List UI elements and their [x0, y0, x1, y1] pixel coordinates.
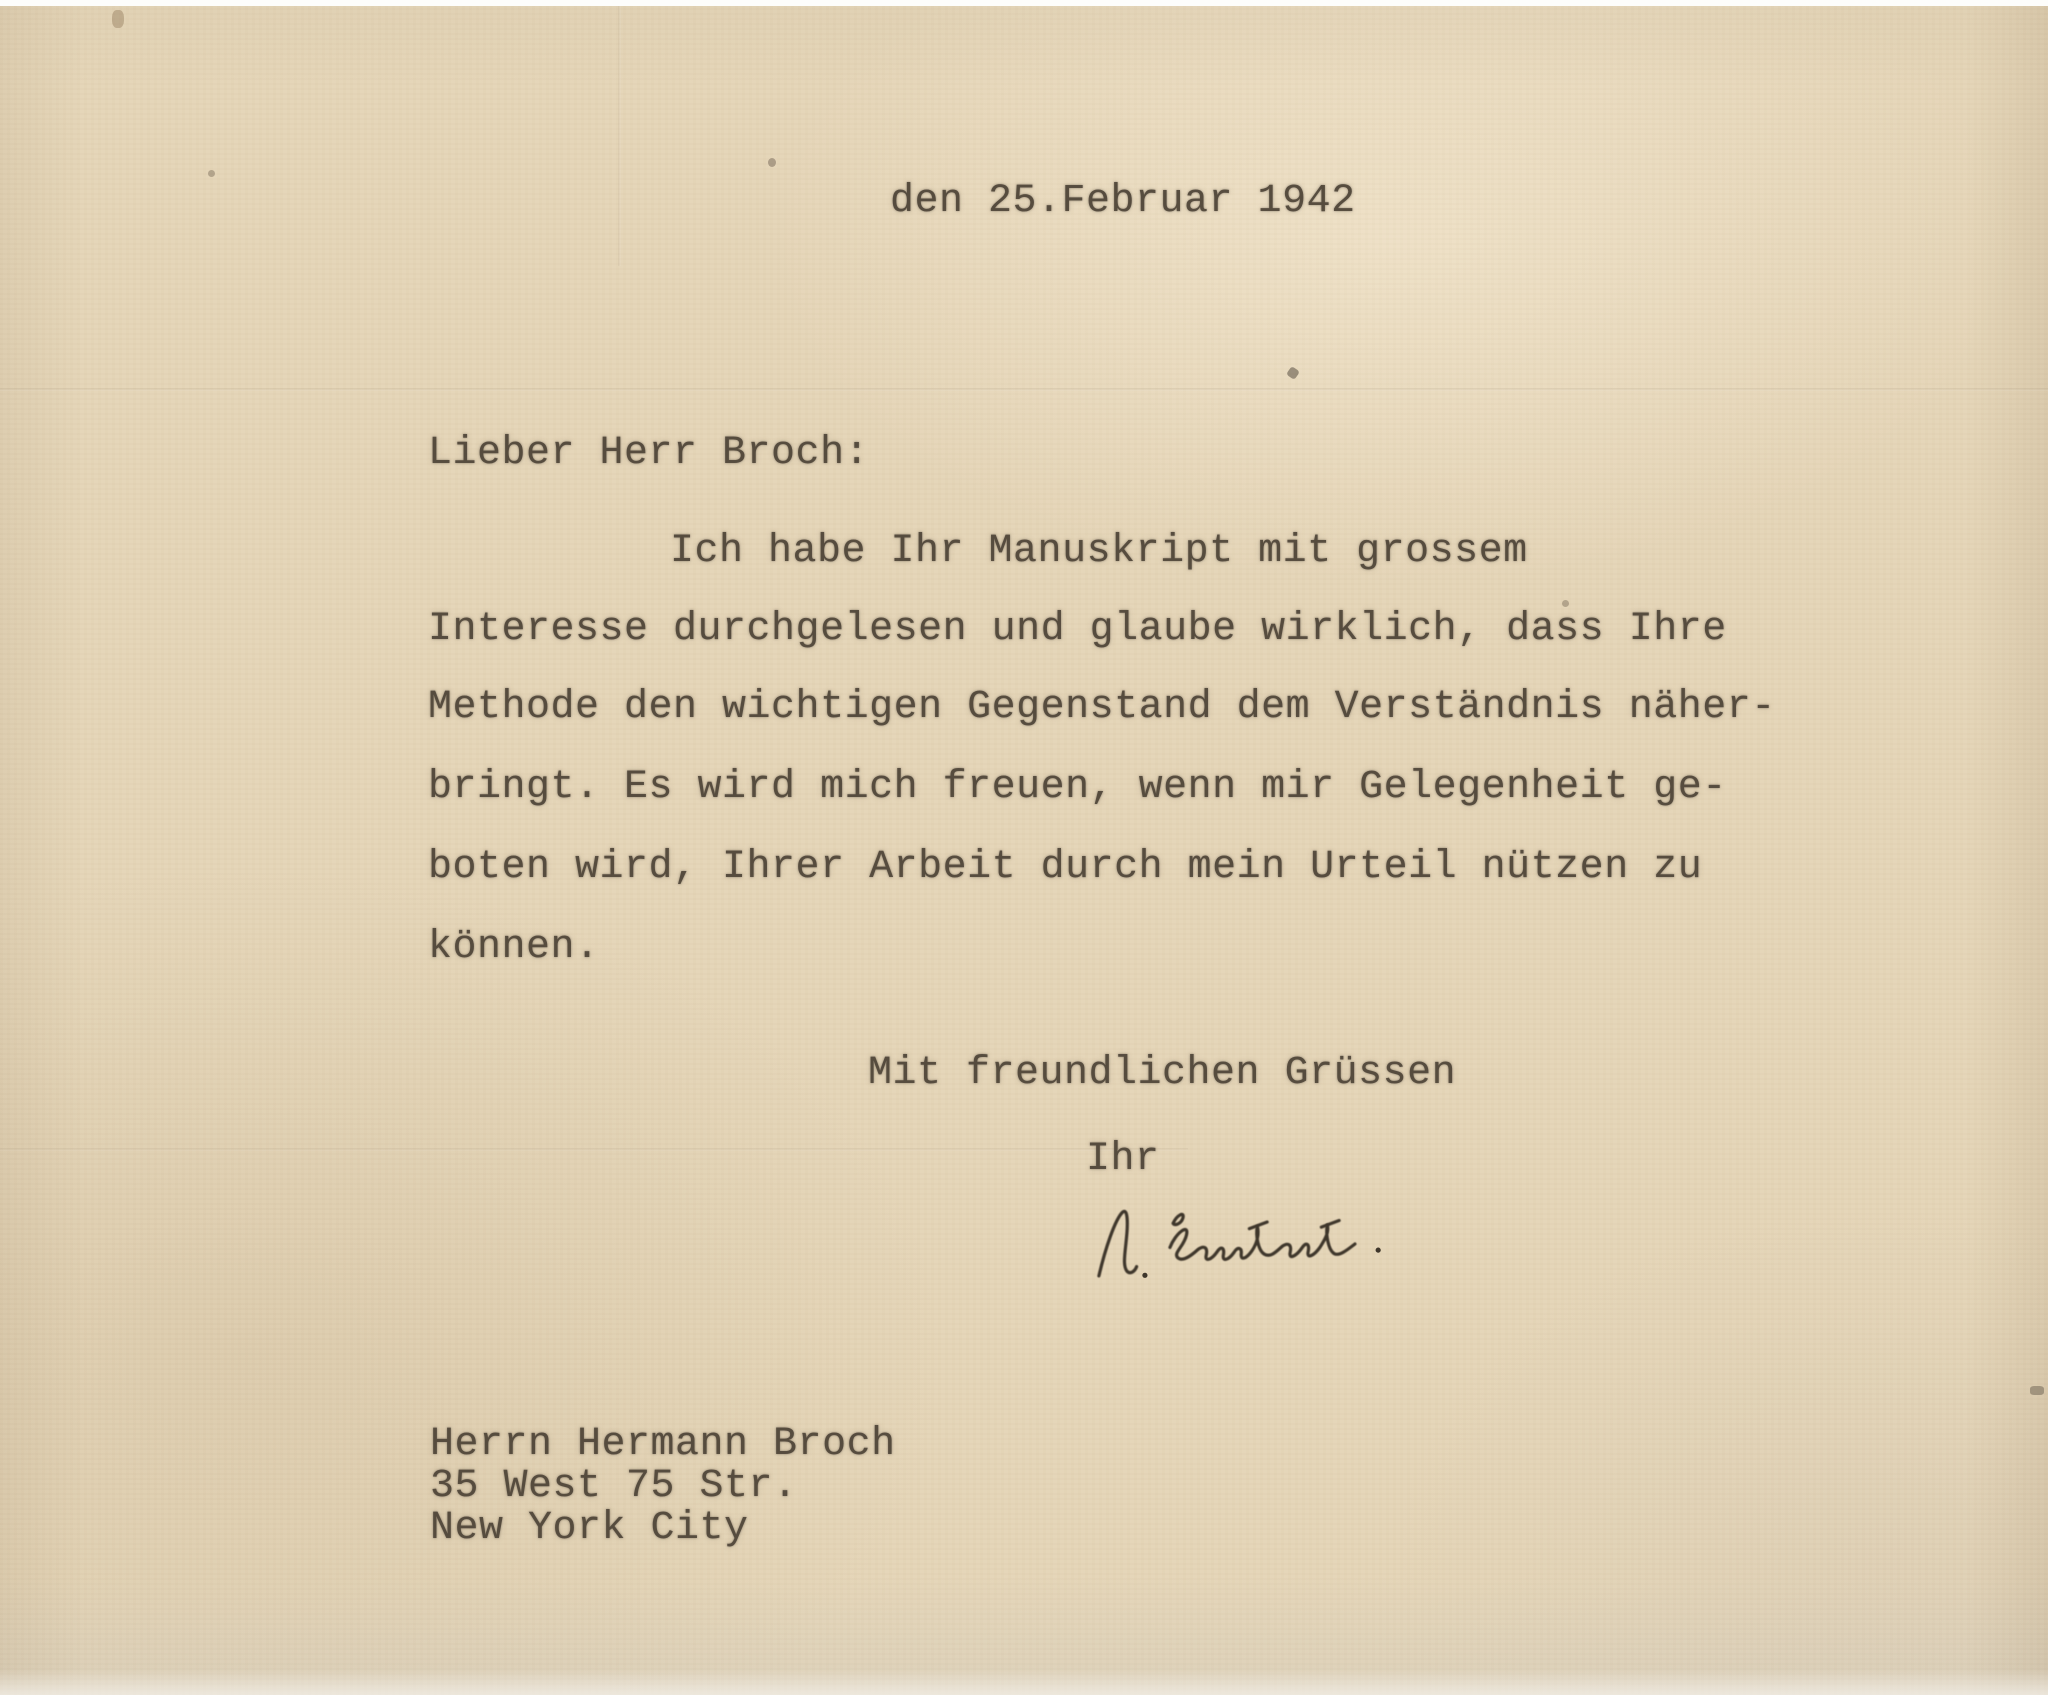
body-line: können. — [428, 926, 600, 970]
paper-speck — [768, 158, 776, 167]
fold-crease-vertical — [618, 6, 621, 266]
body-line: Methode den wichtigen Gegenstand dem Ver… — [428, 686, 1776, 730]
fold-crease-upper — [0, 388, 2048, 391]
paper-speck — [2030, 1386, 2044, 1395]
address-line-city: New York City — [430, 1508, 749, 1550]
fold-crease-lower — [0, 1148, 1188, 1151]
closing-line: Mit freundlichen Grüssen — [868, 1052, 1456, 1096]
body-line: boten wird, Ihrer Arbeit durch mein Urte… — [428, 846, 1702, 890]
body-line: bringt. Es wird mich freuen, wenn mir Ge… — [428, 766, 1727, 810]
einstein-signature — [1076, 1185, 1460, 1308]
body-line: Interesse durchgelesen und glaube wirkli… — [428, 608, 1727, 652]
date-line: den 25.Februar 1942 — [890, 180, 1356, 224]
scan-edge-top — [0, 0, 2048, 6]
address-line-street: 35 West 75 Str. — [430, 1466, 798, 1508]
paper-speck — [1562, 600, 1569, 607]
valediction: Ihr — [1086, 1138, 1160, 1182]
scan-edge-bottom — [0, 1669, 2048, 1695]
paper-speck — [208, 170, 215, 177]
address-line-name: Herrn Hermann Broch — [430, 1424, 896, 1466]
paper-speck — [112, 10, 124, 28]
salutation: Lieber Herr Broch: — [428, 432, 869, 476]
body-line: Ich habe Ihr Manuskript mit grossem — [428, 530, 1528, 574]
letter-scan: { "letter": { "date_line": "den 25.Febru… — [0, 0, 2048, 1695]
